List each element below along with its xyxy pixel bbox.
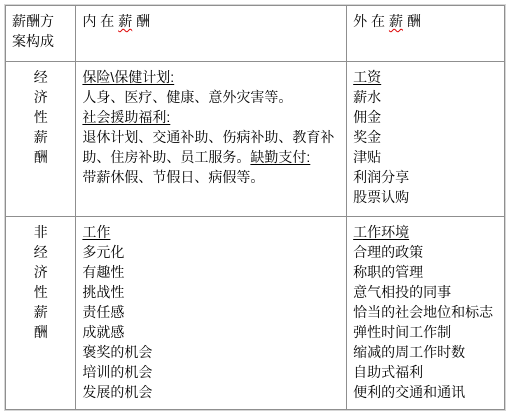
compensation-structure-table: 薪酬方案构成 内 在 薪 酬 外 在 薪 酬 经济性薪酬 保险\保健计划:人身、… [5, 5, 505, 410]
text-line: 经 [12, 242, 69, 262]
text-line: 经 [12, 67, 69, 87]
header-cell-intrinsic-compensation: 内 在 薪 酬 [76, 6, 347, 62]
text-line: 济 [12, 87, 69, 107]
text-line: 助、住房补助、员工服务。缺勤支付: [82, 147, 340, 167]
non-economic-intrinsic-cell: 工作多元化有趣性挑战性责任感成就感褒奖的机会培训的机会发展的机会 [76, 217, 347, 410]
text-line: 意气相投的同事 [353, 282, 498, 302]
text-line: 培训的机会 [82, 362, 340, 382]
text-line: 称职的管理 [353, 262, 498, 282]
text-line: 济 [12, 262, 69, 282]
non-economic-compensation-label-cell: 非经济性薪酬 [6, 217, 76, 410]
row-non-economic-compensation: 非经济性薪酬 工作多元化有趣性挑战性责任感成就感褒奖的机会培训的机会发展的机会 … [6, 217, 505, 410]
non-economic-extrinsic-cell: 工作环境合理的政策称职的管理意气相投的同事恰当的社会地位和标志弹性时间工作制缩减… [347, 217, 505, 410]
header-cell-extrinsic-compensation: 外 在 薪 酬 [347, 6, 505, 62]
text-line: 缩减的周工作时数 [353, 342, 498, 362]
text-line: 发展的机会 [82, 382, 340, 402]
text-line: 薪 [12, 302, 69, 322]
text-line: 外 在 薪 酬 [353, 11, 498, 31]
text-line: 合理的政策 [353, 242, 498, 262]
text-line: 工作环境 [353, 222, 498, 242]
row-economic-compensation: 经济性薪酬 保险\保健计划:人身、医疗、健康、意外灾害等。社会援助福利:退休计划… [6, 62, 505, 217]
header-row: 薪酬方案构成 内 在 薪 酬 外 在 薪 酬 [6, 6, 505, 62]
text-line: 内 在 薪 酬 [82, 11, 340, 31]
text-line: 恰当的社会地位和标志 [353, 302, 498, 322]
text-line: 性 [12, 282, 69, 302]
text-line: 多元化 [82, 242, 340, 262]
text-line: 成就感 [82, 322, 340, 342]
text-line: 非 [12, 222, 69, 242]
economic-intrinsic-cell: 保险\保健计划:人身、医疗、健康、意外灾害等。社会援助福利:退休计划、交通补助、… [76, 62, 347, 217]
text-line: 便利的交通和通讯 [353, 382, 498, 402]
text-line: 性 [12, 107, 69, 127]
text-line: 人身、医疗、健康、意外灾害等。 [82, 87, 340, 107]
text-line: 责任感 [82, 302, 340, 322]
text-line: 自助式福利 [353, 362, 498, 382]
text-line: 酬 [12, 147, 69, 167]
text-line: 薪 [12, 127, 69, 147]
economic-compensation-label-cell: 经济性薪酬 [6, 62, 76, 217]
text-line: 社会援助福利: [82, 107, 340, 127]
text-line: 保险\保健计划: [82, 67, 340, 87]
text-line: 佣金 [353, 107, 498, 127]
text-line: 有趣性 [82, 262, 340, 282]
table-container: 薪酬方案构成 内 在 薪 酬 外 在 薪 酬 经济性薪酬 保险\保健计划:人身、… [4, 4, 506, 411]
header-cell-plan-structure: 薪酬方案构成 [6, 6, 76, 62]
text-line: 薪酬方 [12, 11, 69, 31]
text-line: 挑战性 [82, 282, 340, 302]
text-line: 津贴 [353, 147, 498, 167]
text-line: 奖金 [353, 127, 498, 147]
text-line: 退休计划、交通补助、伤病补助、教育补 [82, 127, 340, 147]
text-line: 案构成 [12, 31, 69, 51]
text-line: 弹性时间工作制 [353, 322, 498, 342]
text-line: 酬 [12, 322, 69, 342]
text-line: 工资 [353, 67, 498, 87]
text-line: 褒奖的机会 [82, 342, 340, 362]
economic-extrinsic-cell: 工资薪水佣金奖金津贴利润分享股票认购 [347, 62, 505, 217]
text-line: 利润分享 [353, 167, 498, 187]
text-line: 带薪休假、节假日、病假等。 [82, 167, 340, 187]
text-line: 薪水 [353, 87, 498, 107]
text-line: 工作 [82, 222, 340, 242]
text-line: 股票认购 [353, 187, 498, 207]
